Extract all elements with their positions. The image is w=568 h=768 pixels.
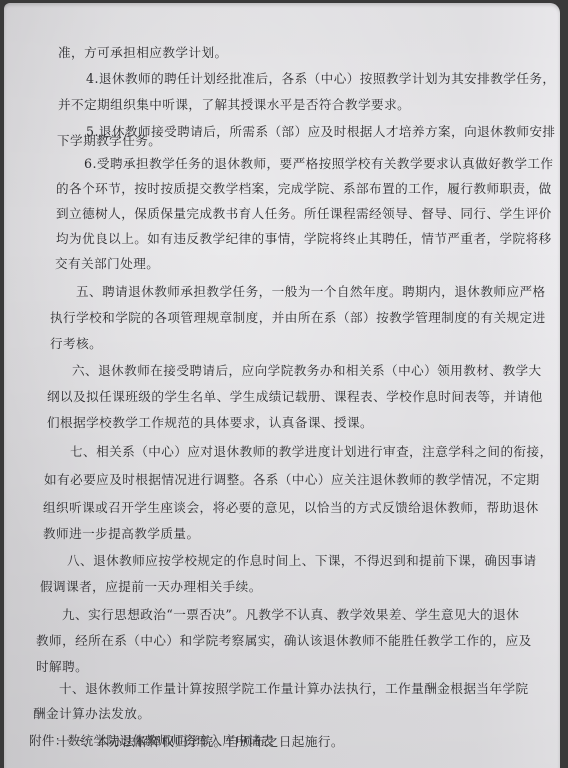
text-line: 如有必要应及时根据情况进行调整。各系（中心）应关注退休教师的教学情况，不定期 [44,472,540,488]
text-line: 教师，经所在系（中心）和学院考察属实，确认该退休教师不能胜任教学工作的，应及 [36,633,532,649]
text-line: 行考核。 [50,336,102,352]
text-line: 假调课者，应提前一天办理相关手续。 [40,579,262,595]
document-body: 准，方可承担相应教学计划。 4.退休教师的聘任计划经批准后，各系（中心）按照教学… [0,0,568,768]
text-line: 交有关部门处理。 [55,256,159,272]
text-line-section-9: 九、实行思想政治“一票否决”。凡教学不认真、教学效果差、学生意见大的退休 [62,607,519,623]
text-line: 并不定期组织集中听课，了解其授课水平是否符合教学要求。 [58,97,410,113]
text-line-section-5: 五、聘请退休教师承担教学任务，一般为一个自然年度。聘期内，退休教师应严格 [76,284,546,300]
text-line-section-6: 六、退休教师在接受聘请后，应向学院教务办和相关系（中心）领用教材、教学大 [72,363,542,379]
text-line-section-7: 七、相关系（中心）应对退休教师的教学进度计划进行审查，注意学科之间的衔接， [70,444,553,460]
text-line: 执行学校和学院的各项管理规章制度，并由所在系（部）按教学管理制度的有关规定进 [50,310,546,326]
text-line-section-10: 十、退休教师工作量计算按照学院工作量计算办法执行，工作量酬金根据当年学院 [59,681,529,697]
text-line: 教师进一步提高教学质量。 [43,526,200,542]
text-line: 纲以及拟任课班级的学生名单、学生成绩记载册、课程表、学校作息时间表等，并请他 [47,389,543,405]
document-photo: 准，方可承担相应教学计划。 4.退休教师的聘任计划经批准后，各系（中心）按照教学… [0,0,568,768]
text-line: 们根据学校教学工作规范的具体要求，认真备课、授课。 [47,415,373,431]
attachment-line: 附件：数统学院退休教师师资库入库申请表 [29,733,274,749]
text-line-continuation: 准，方可承担相应教学计划。 [58,45,228,61]
text-line: 组织听课或召开学生座谈会，将必要的意见，以恰当的方式反馈给退休教师，帮助退休 [43,500,539,516]
text-line-item-4: 4.退休教师的聘任计划经批准后，各系（中心）按照教学计划为其安排教学任务， [86,71,555,87]
text-line: 均为优良以上。如有违反教学纪律的事情，学院将终止其聘任，情节严重者，学院将移 [56,231,552,247]
text-line: 酬金计算办法发放。 [33,706,150,722]
text-line: 下学期教学任务。 [57,133,161,149]
text-line: 的各个环节，按时按质提交教学档案，完成学院、系部布置的工作，履行教师职责，做 [56,181,552,197]
text-line-item-6: 6.受聘承担教学任务的退休教师，要严格按照学校有关教学要求认真做好教学工作 [84,156,553,172]
text-line: 时解聘。 [36,659,88,675]
text-line: 到立德树人，保质保量完成教书育人任务。所任课程需经领导、督导、同行、学生评价 [56,206,552,222]
text-line-section-8: 八、退休教师应按学校规定的作息时间上、下课，不得迟到和提前下课，确因事请 [67,553,537,569]
